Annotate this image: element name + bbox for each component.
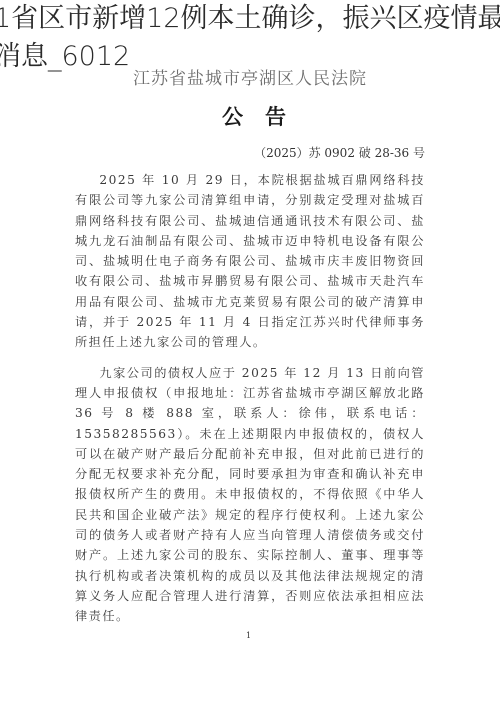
notice-title: 公告 [200, 101, 300, 131]
page-number: 1 [246, 631, 251, 640]
paragraph-2: 九家公司的债权人应于 2025 年 12 月 13 日前向管理人申报债权（申报地… [75, 363, 425, 627]
article-headline: 1省区市新增12例本土确诊，振兴区疫情最新 消息_6012 [0, 0, 500, 76]
paragraph-1: 2025 年 10 月 29 日，本院根据盐城百鼎网络科技有限公司等九家公司清算… [75, 170, 425, 353]
notice-body: 2025 年 10 月 29 日，本院根据盐城百鼎网络科技有限公司等九家公司清算… [75, 170, 425, 627]
headline-line-2: 消息_6012 [0, 38, 500, 76]
headline-line-1: 1省区市新增12例本土确诊，振兴区疫情最新 [0, 0, 500, 38]
case-number: （2025）苏 0902 破 28-36 号 [254, 144, 425, 161]
court-notice-document: 江苏省盐城市亭湖区人民法院 公告 （2025）苏 0902 破 28-36 号 … [0, 0, 500, 707]
